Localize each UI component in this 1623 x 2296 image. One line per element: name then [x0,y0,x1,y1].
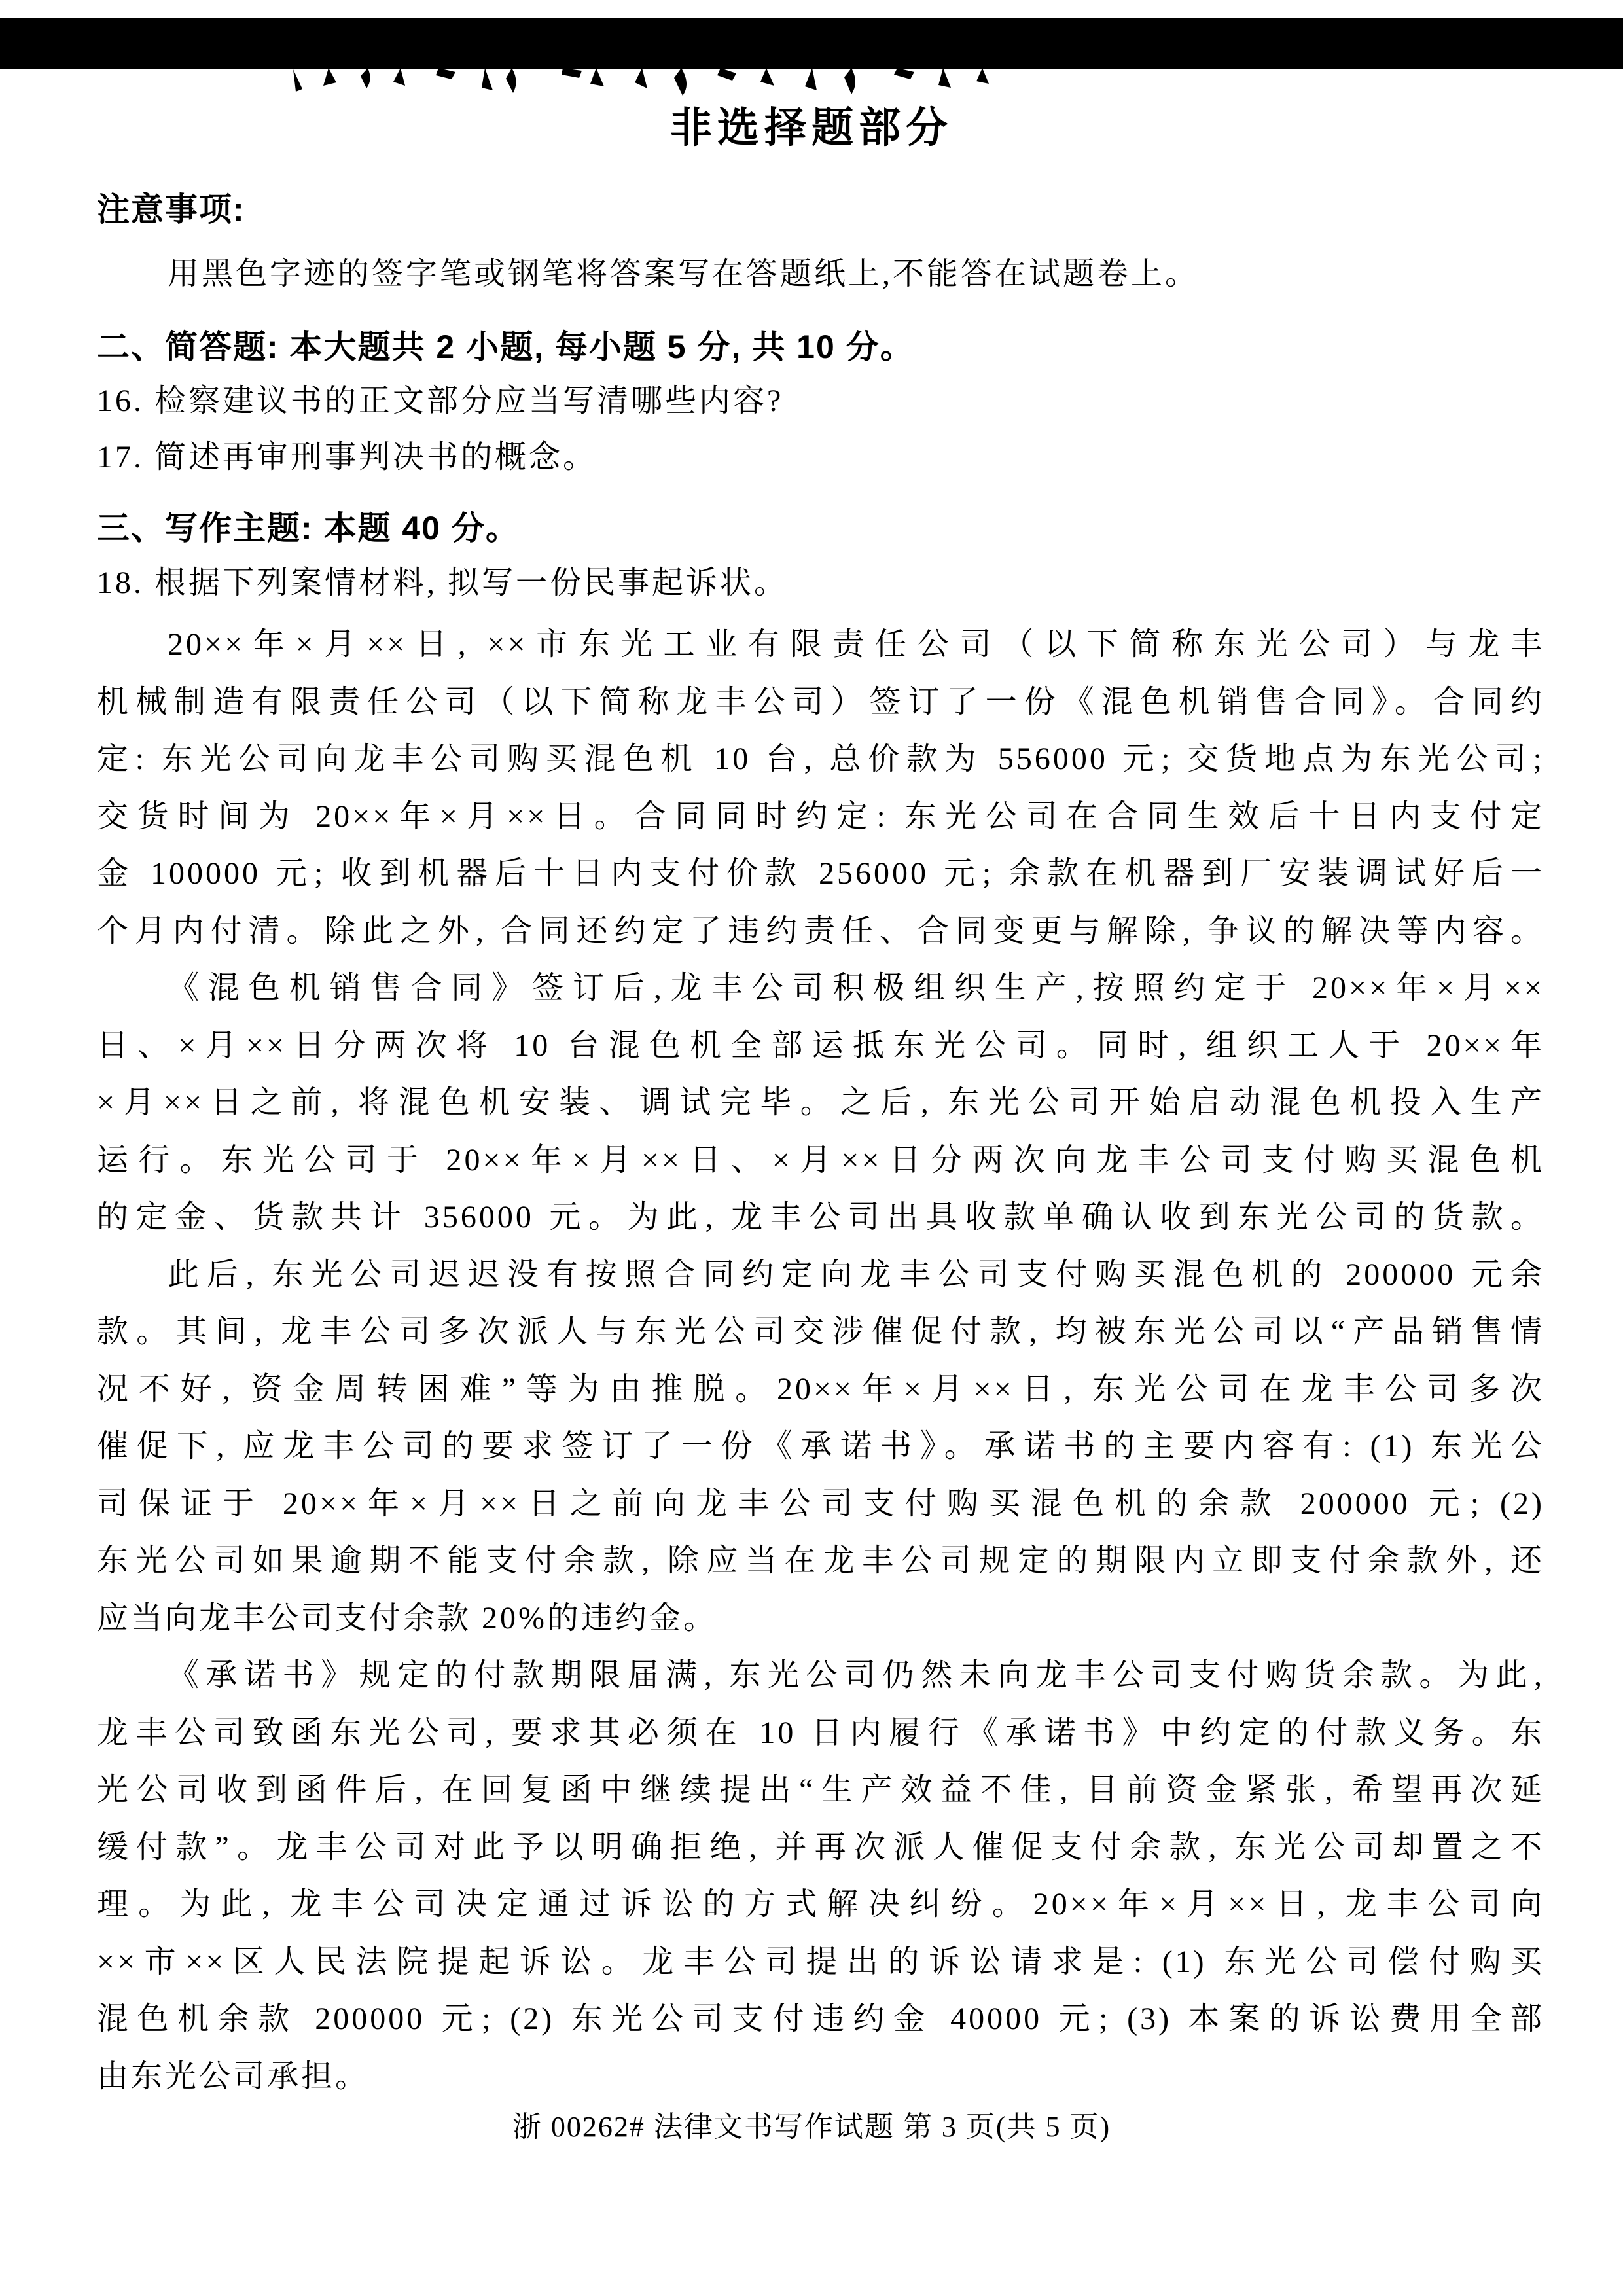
case-line: 催促下, 应龙丰公司的要求签订了一份《承诺书》。承诺书的主要内容有: (1) 东… [97,1418,1544,1475]
case-line: 司保证于 20××年×月××日之前向龙丰公司支付购买混色机的余款 200000 … [97,1475,1544,1533]
notice-text: 用黑色字迹的签字笔或钢笔将答案写在答题纸上,不能答在试题卷上。 [97,245,1544,303]
case-line: 混色机余款 200000 元; (2) 东光公司支付违约金 40000 元; (… [97,1990,1544,2048]
case-line: 此后, 东光公司迟迟没有按照合同约定向龙丰公司支付购买混色机的 200000 元… [97,1246,1544,1304]
case-line: 个月内付清。除此之外, 合同还约定了违约责任、合同变更与解除, 争议的解决等内容… [97,903,1544,960]
case-line: 定: 东光公司向龙丰公司购买混色机 10 台, 总价款为 556000 元; 交… [97,730,1544,788]
case-line: 20××年×月××日, ××市东光工业有限责任公司（以下简称东光公司）与龙丰 [97,616,1544,673]
case-line: 《混色机销售合同》签订后,龙丰公司积极组织生产,按照约定于 20××年×月×× [97,960,1544,1017]
case-line: 应当向龙丰公司支付余款 20%的违约金。 [97,1590,1544,1647]
case-line: 款。其间, 龙丰公司多次派人与东光公司交涉催促付款, 均被东光公司以“产品销售情 [97,1303,1544,1361]
notice-label: 注意事项: [97,181,1544,238]
page-footer: 浙 00262# 法律文书写作试题 第 3 页(共 5 页) [0,2098,1623,2156]
case-line: 光公司收到函件后, 在回复函中继续提出“生产效益不佳, 目前资金紧张, 希望再次… [97,1761,1544,1819]
case-line: ××市××区人民法院提起诉讼。龙丰公司提出的诉讼请求是: (1) 东光公司偿付购… [97,1933,1544,1991]
section-3-heading: 三、写作主题: 本题 40 分。 [97,499,1544,557]
case-line: 缓付款”。龙丰公司对此予以明确拒绝, 并再次派人催促支付余款, 东光公司却置之不 [97,1819,1544,1876]
case-line: 由东光公司承担。 [97,2048,1544,2106]
case-line: 况不好, 资金周转困难”等为由推脱。20××年×月××日, 东光公司在龙丰公司多… [97,1361,1544,1418]
case-line: 的定金、货款共计 356000 元。为此, 龙丰公司出具收款单确认收到东光公司的… [97,1189,1544,1246]
case-line: 《承诺书》规定的付款期限届满, 东光公司仍然未向龙丰公司支付购货余款。为此, [97,1647,1544,1704]
case-material: 20××年×月××日, ××市东光工业有限责任公司（以下简称东光公司）与龙丰 机… [97,616,1544,2105]
case-line: 机械制造有限责任公司（以下简称龙丰公司）签订了一份《混色机销售合同》。合同约 [97,673,1544,731]
case-line: 日、×月××日分两次将 10 台混色机全部运抵东光公司。同时, 组织工人于 20… [97,1017,1544,1075]
case-line: 金 100000 元; 收到机器后十日内支付价款 256000 元; 余款在机器… [97,845,1544,903]
question-18: 18. 根据下列案情材料, 拟写一份民事起诉状。 [97,554,1544,612]
case-line: 龙丰公司致函东光公司, 要求其必须在 10 日内履行《承诺书》中约定的付款义务。… [97,1704,1544,1762]
case-line: ×月××日之前, 将混色机安装、调试完毕。之后, 东光公司开始启动混色机投入生产 [97,1074,1544,1132]
exam-page: 非选择题部分 注意事项: 用黑色字迹的签字笔或钢笔将答案写在答题纸上,不能答在试… [0,0,1623,2296]
case-line: 东光公司如果逾期不能支付余款, 除应当在龙丰公司规定的期限内立即支付余款外, 还 [97,1532,1544,1590]
section-2-heading: 二、简答题: 本大题共 2 小题, 每小题 5 分, 共 10 分。 [97,318,1544,376]
case-line: 运行。东光公司于 20××年×月××日、×月××日分两次向龙丰公司支付购买混色机 [97,1132,1544,1189]
question-16: 16. 检察建议书的正文部分应当写清哪些内容? [97,372,1544,430]
case-line: 交货时间为 20××年×月××日。合同同时约定: 东光公司在合同生效后十日内支付… [97,788,1544,846]
question-17: 17. 简述再审刑事判决书的概念。 [97,429,1544,486]
case-line: 理。为此, 龙丰公司决定通过诉讼的方式解决纠纷。20××年×月××日, 龙丰公司… [97,1876,1544,1933]
content-column: 注意事项: 用黑色字迹的签字笔或钢笔将答案写在答题纸上,不能答在试题卷上。 二、… [97,0,1544,2296]
